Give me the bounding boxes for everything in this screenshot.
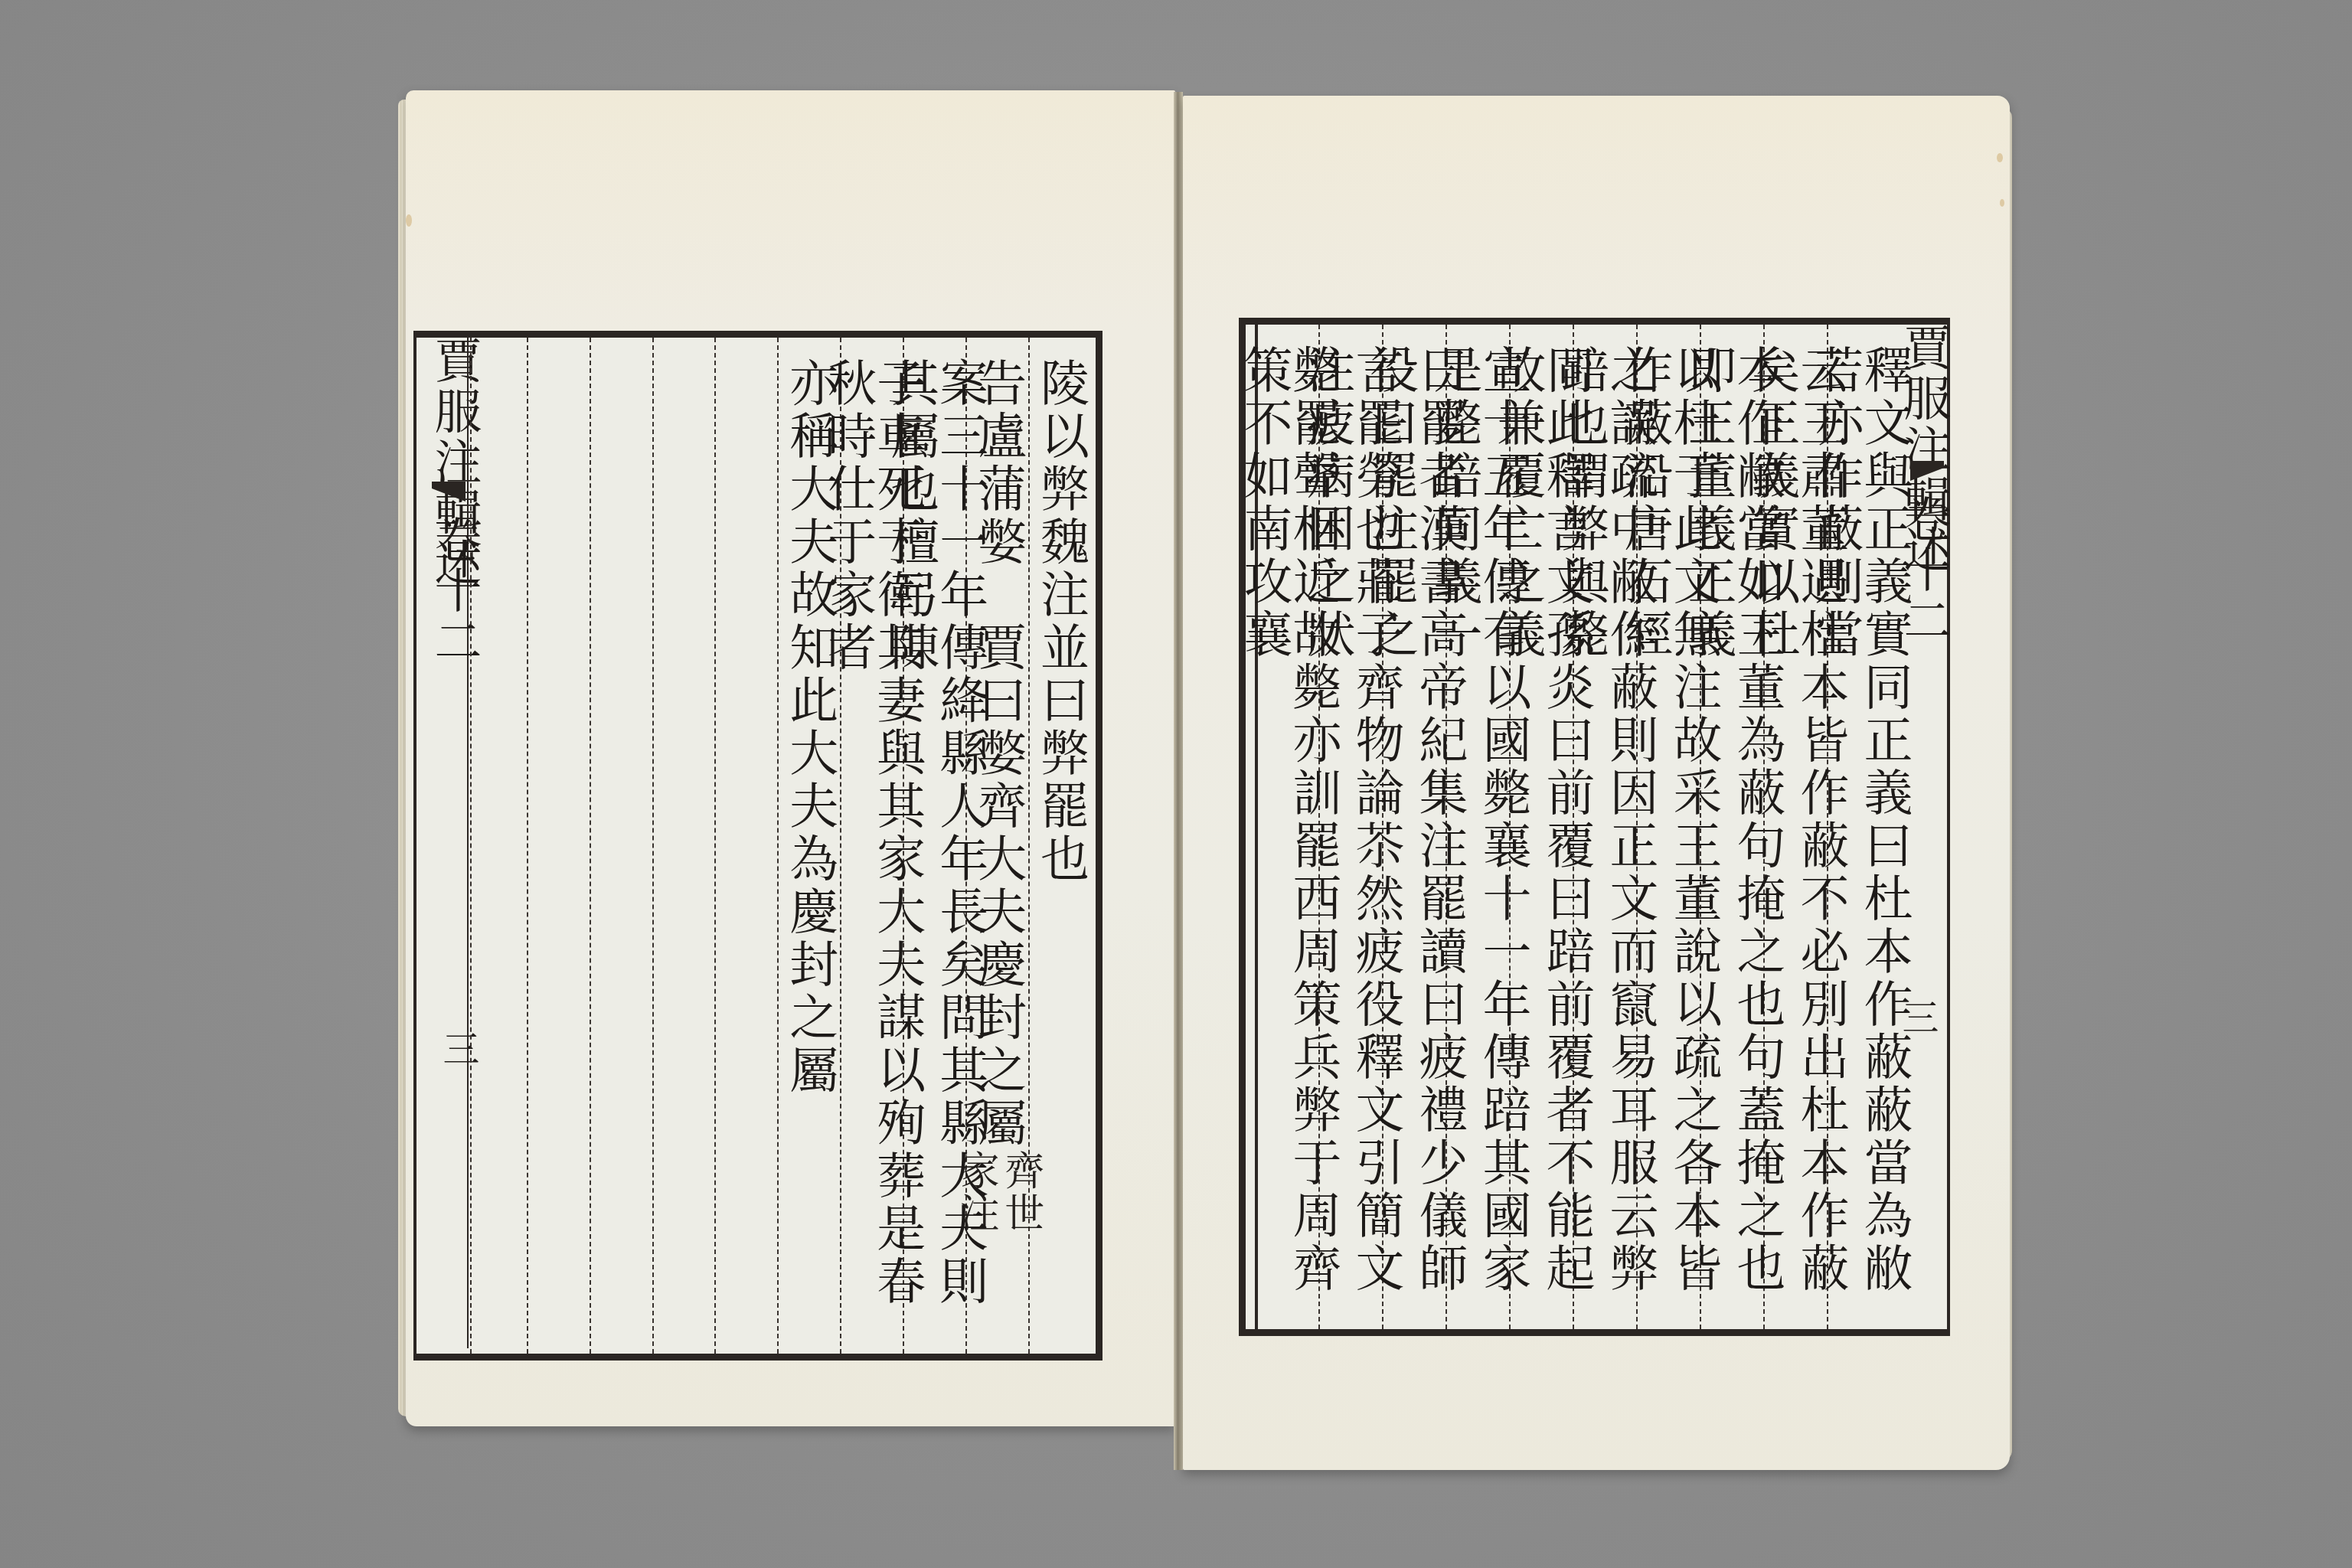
left-col-2-note-right: 齊世 — [999, 1150, 1041, 1234]
left-col-empty — [527, 338, 590, 1354]
left-col-4: 子車死于衛其妻與其家大夫謀以殉葬是春秋時仕于家者 — [840, 338, 903, 1354]
left-col-empty — [652, 338, 715, 1354]
left-col-5: 亦稱大夫故知此大夫為慶封之屬 — [777, 338, 840, 1354]
left-col-5-text: 亦稱大夫故知此大夫為慶封之屬 — [785, 358, 834, 1097]
left-fold-rule — [467, 338, 469, 1348]
open-book: 賈服注輯述 卷十二 三 陵以弊魏注並曰弊罷也 告盧蒲嫳 賈曰嫳齊大夫慶封之屬 齊… — [0, 0, 2352, 1568]
right-columns: 釋文與正義實同正義曰杜本作蔽蔽當為敝若亦作蔽則當 云王肅董遇杜本皆作蔽不必別出杜… — [1258, 325, 1890, 1329]
book-gutter — [1174, 92, 1183, 1470]
right-col-10: 斃罷聲相近故斃亦訓罷西周策兵弊于周齊策不如南攻襄 — [1255, 325, 1318, 1329]
left-col-empty — [714, 338, 777, 1354]
left-col-empty — [590, 338, 652, 1354]
left-columns: 陵以弊魏注並曰弊罷也 告盧蒲嫳 賈曰嫳齊大夫慶封之屬 齊世 家注 案三十一年傳絳… — [470, 338, 1091, 1354]
left-col-1-text: 陵以弊魏注並曰弊罷也 — [1036, 358, 1085, 886]
foxing-stain — [2000, 199, 2004, 207]
foxing-stain — [406, 214, 412, 227]
right-page-text-frame: 賈服注輯述 卷十二 三 釋文與正義實同正義曰杜本作蔽蔽當為敝若亦作蔽則當 云王肅… — [1239, 318, 1950, 1336]
left-page-text-frame: 賈服注輯述 卷十二 三 陵以弊魏注並曰弊罷也 告盧蒲嫳 賈曰嫳齊大夫慶封之屬 齊… — [413, 331, 1102, 1361]
left-col-empty — [470, 338, 527, 1354]
foxing-stain — [1997, 153, 2003, 162]
right-col-10-text: 斃罷聲相近故斃亦訓罷西周策兵弊于周齊策不如南攻襄 — [1240, 345, 1338, 1329]
